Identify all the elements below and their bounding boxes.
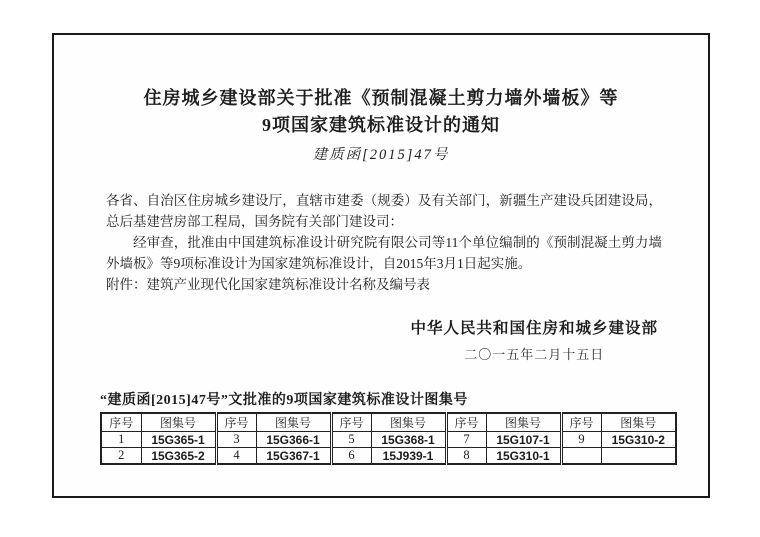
attachment-line: 附件：建筑产业现代化国家建筑标准设计名称及编号表 <box>106 274 662 295</box>
serial-cell: 5 <box>331 432 371 448</box>
header-serial-cell: 序号 <box>101 413 141 432</box>
table-row: 115G365-1315G366-1515G368-1715G107-1915G… <box>101 432 676 448</box>
atlas-number-cell: 15G365-2 <box>141 448 216 465</box>
atlas-number-table: 序号图集号序号图集号序号图集号序号图集号序号图集号 115G365-1315G3… <box>100 412 677 465</box>
header-serial-cell: 序号 <box>331 413 371 432</box>
scanned-notice-page: 住房城乡建设部关于批准《预制混凝土剪力墙外墙板》等 9项国家建筑标准设计的通知 … <box>0 0 760 537</box>
header-atlas-cell: 图集号 <box>256 413 331 432</box>
atlas-number-cell: 15G366-1 <box>256 432 331 448</box>
serial-cell: 4 <box>216 448 256 465</box>
table-header-row: 序号图集号序号图集号序号图集号序号图集号序号图集号 <box>101 413 676 432</box>
header-serial-cell: 序号 <box>561 413 601 432</box>
notice-body: 各省、自治区住房城乡建设厅，直辖市建委（规委）及有关部门，新疆生产建设兵团建设局… <box>106 190 662 295</box>
serial-cell: 3 <box>216 432 256 448</box>
atlas-number-cell: 15G310-1 <box>486 448 561 465</box>
serial-cell: 1 <box>101 432 141 448</box>
atlas-number-cell: 15J939-1 <box>371 448 446 465</box>
atlas-number-cell: 15G107-1 <box>486 432 561 448</box>
serial-cell <box>561 448 601 465</box>
notice-title-line2: 9项国家建筑标准设计的通知 <box>54 112 708 139</box>
serial-cell: 9 <box>561 432 601 448</box>
recipients-line: 各省、自治区住房城乡建设厅，直辖市建委（规委）及有关部门，新疆生产建设兵团建设局… <box>106 190 662 232</box>
approval-paragraph: 经审查，批准由中国建筑标准设计研究院有限公司等11个单位编制的《预制混凝土剪力墙… <box>106 232 662 274</box>
serial-cell: 7 <box>446 432 486 448</box>
document-number: 建质函[2015]47号 <box>54 143 708 164</box>
header-serial-cell: 序号 <box>216 413 256 432</box>
issuer-name: 中华人民共和国住房和城乡建设部 <box>410 316 658 338</box>
signature-block: 中华人民共和国住房和城乡建设部 二〇一五年二月十五日 <box>410 316 658 363</box>
serial-cell: 2 <box>101 448 141 465</box>
notice-title: 住房城乡建设部关于批准《预制混凝土剪力墙外墙板》等 9项国家建筑标准设计的通知 <box>54 85 708 139</box>
notice-title-line1: 住房城乡建设部关于批准《预制混凝土剪力墙外墙板》等 <box>54 85 708 112</box>
atlas-number-cell: 15G310-2 <box>601 432 676 448</box>
header-atlas-cell: 图集号 <box>371 413 446 432</box>
header-atlas-cell: 图集号 <box>141 413 216 432</box>
atlas-number-cell: 15G365-1 <box>141 432 216 448</box>
document-border-frame: 住房城乡建设部关于批准《预制混凝土剪力墙外墙板》等 9项国家建筑标准设计的通知 … <box>52 33 710 498</box>
header-atlas-cell: 图集号 <box>486 413 561 432</box>
atlas-number-cell: 15G368-1 <box>371 432 446 448</box>
atlas-number-cell <box>601 448 676 465</box>
issue-date: 二〇一五年二月十五日 <box>410 344 658 363</box>
serial-cell: 6 <box>331 448 371 465</box>
table-row: 215G365-2415G367-1615J939-1815G310-1 <box>101 448 676 465</box>
atlas-number-cell: 15G367-1 <box>256 448 331 465</box>
table-caption: “建质函[2015]47号”文批准的9项国家建筑标准设计图集号 <box>100 389 468 409</box>
header-serial-cell: 序号 <box>446 413 486 432</box>
header-atlas-cell: 图集号 <box>601 413 676 432</box>
serial-cell: 8 <box>446 448 486 465</box>
